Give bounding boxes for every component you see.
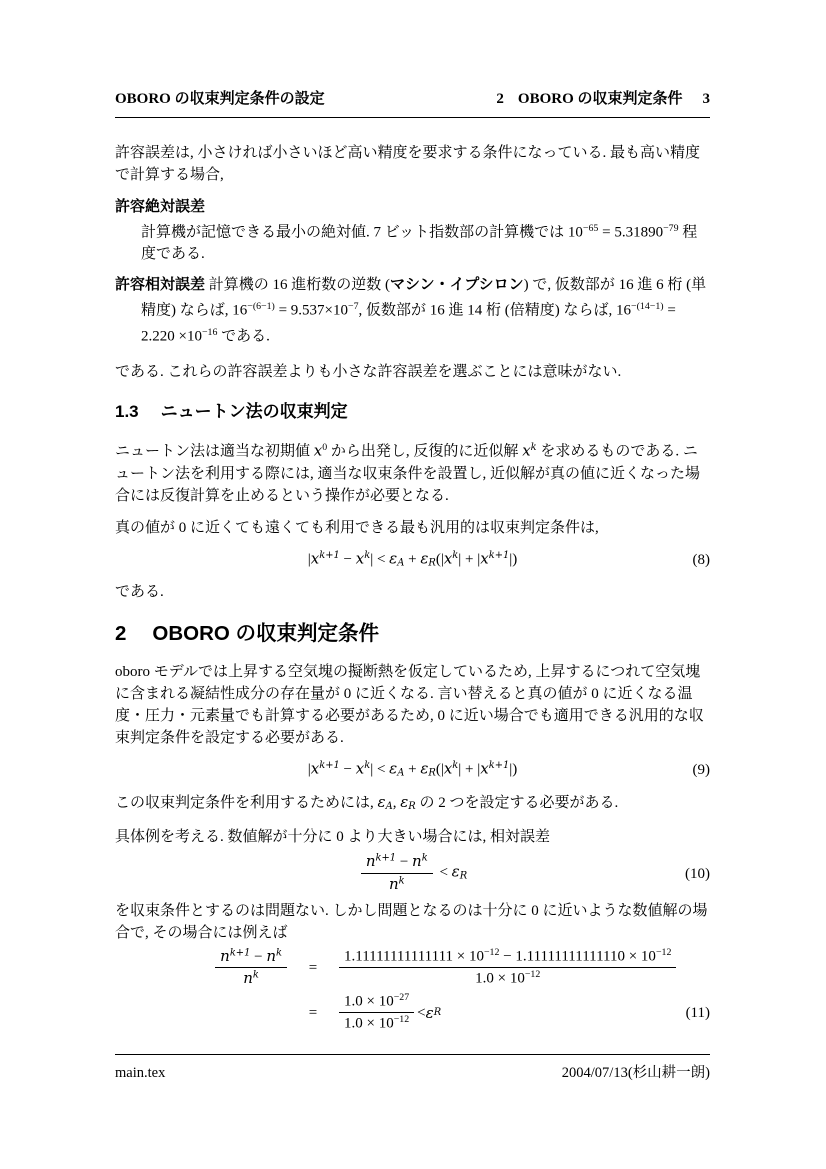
- equation-8: |xk+1 − xk| < εA + εR(|xk| + |xk+1|) (8): [115, 545, 710, 575]
- section-heading-2: 2 OBORO の収束判定条件: [115, 623, 710, 645]
- running-section-title: OBORO の収束判定条件: [518, 88, 683, 110]
- equation-11-row-2: = 1.0 × 10−271.0 × 10−12 < εR (11): [115, 992, 710, 1033]
- equation-10-number: (10): [685, 863, 710, 885]
- equation-9-number: (9): [693, 759, 711, 781]
- running-title-right: 2 OBORO の収束判定条件 3: [496, 88, 710, 110]
- section-number-2: 2: [115, 623, 126, 645]
- description-body-absolute-error: 計算機が記憶できる最小の絶対値. 7 ビット指数部の計算機では 10−65 = …: [141, 218, 710, 265]
- section-number-1-3: 1.3: [115, 401, 139, 423]
- page-footer: main.tex 2004/07/13(杉山耕一朗): [115, 1054, 710, 1084]
- equation-11-row-2-relation: =: [290, 1002, 336, 1024]
- running-section: 2 OBORO の収束判定条件: [496, 88, 682, 110]
- paragraph-oboro-model: oboro モデルでは上昇する空気塊の擬断熱を仮定しているため, 上昇するにつれ…: [115, 661, 710, 749]
- equation-11-number: (11): [686, 1002, 710, 1024]
- footer-date-author: 2004/07/13(杉山耕一朗): [562, 1062, 710, 1084]
- equation-11-row-1-rhs: 1.11111111111111 × 10−12 − 1.11111111111…: [336, 947, 710, 988]
- paragraph-problem-case: を収束条件とするのは問題ない. しかし問題となるのは十分に 0 に近いような数値…: [115, 900, 710, 944]
- section-title-2: OBORO の収束判定条件: [152, 623, 379, 645]
- equation-11-row-1-relation: =: [290, 957, 336, 979]
- section-heading-1-3: 1.3 ニュートン法の収束判定: [115, 401, 710, 423]
- equation-10: nk+1 − nknk < εR (10): [115, 850, 710, 898]
- equation-11-row-2-rhs: 1.0 × 10−271.0 × 10−12 < εR: [336, 992, 710, 1033]
- equation-11-row-1: nk+1 − nknk = 1.11111111111111 × 10−12 −…: [115, 947, 710, 990]
- equation-8-number: (8): [693, 549, 711, 571]
- equation-10-body: nk+1 − nknk < εR: [358, 852, 467, 895]
- paragraph-concrete-example: 具体例を考える. 数値解が十分に 0 より大きい場合には, 相対誤差: [115, 826, 710, 848]
- paragraph-newton-method: ニュートン法は適当な初期値 x0 から出発し, 反復的に近似解 xk を求めるも…: [115, 437, 710, 506]
- equation-9: |xk+1 − xk| < εA + εR(|xk| + |xk+1|) (9): [115, 755, 710, 785]
- page-number: 3: [703, 88, 711, 110]
- document-page: OBORO の収束判定条件の設定 2 OBORO の収束判定条件 3 許容誤差は…: [0, 0, 826, 1034]
- equation-11-row-1-lhs: nk+1 − nknk: [115, 947, 290, 990]
- paragraph-dearu: である.: [115, 581, 710, 603]
- paragraph-tolerance-intro: 許容誤差は, 小さければ小さいほど高い精度を要求する条件になっている. 最も高い…: [115, 142, 710, 186]
- paragraph-tolerance-conclusion: である. これらの許容誤差よりも小さな許容誤差を選ぶことには意味がない.: [115, 361, 710, 383]
- footer-filename: main.tex: [115, 1062, 165, 1084]
- paragraph-general-condition-intro: 真の値が 0 に近くても遠くても利用できる最も汎用的は収束判定条件は,: [115, 517, 710, 539]
- description-list: 許容絶対誤差 計算機が記憶できる最小の絶対値. 7 ビット指数部の計算機では 1…: [115, 196, 710, 347]
- running-title-left: OBORO の収束判定条件の設定: [115, 88, 325, 110]
- running-section-number: 2: [496, 88, 504, 110]
- equation-8-body: |xk+1 − xk| < εA + εR(|xk| + |xk+1|): [308, 545, 518, 574]
- description-label-absolute-error: 許容絶対誤差: [115, 196, 710, 218]
- equation-11: nk+1 − nknk = 1.11111111111111 × 10−12 −…: [115, 947, 710, 1034]
- description-item-relative-error: 許容相対誤差 計算機の 16 進桁数の逆数 (マシン・イプシロン) で, 仮数部…: [115, 274, 710, 347]
- description-item-absolute-error: 許容絶対誤差 計算機が記憶できる最小の絶対値. 7 ビット指数部の計算機では 1…: [115, 196, 710, 265]
- section-title-1-3: ニュートン法の収束判定: [161, 401, 348, 423]
- paragraph-epsilon-setting: この収束判定条件を利用するためには, εA, εR の 2 つを設定する必要があ…: [115, 791, 710, 818]
- page-header: OBORO の収束判定条件の設定 2 OBORO の収束判定条件 3: [115, 88, 710, 118]
- equation-9-body: |xk+1 − xk| < εA + εR(|xk| + |xk+1|): [308, 755, 518, 784]
